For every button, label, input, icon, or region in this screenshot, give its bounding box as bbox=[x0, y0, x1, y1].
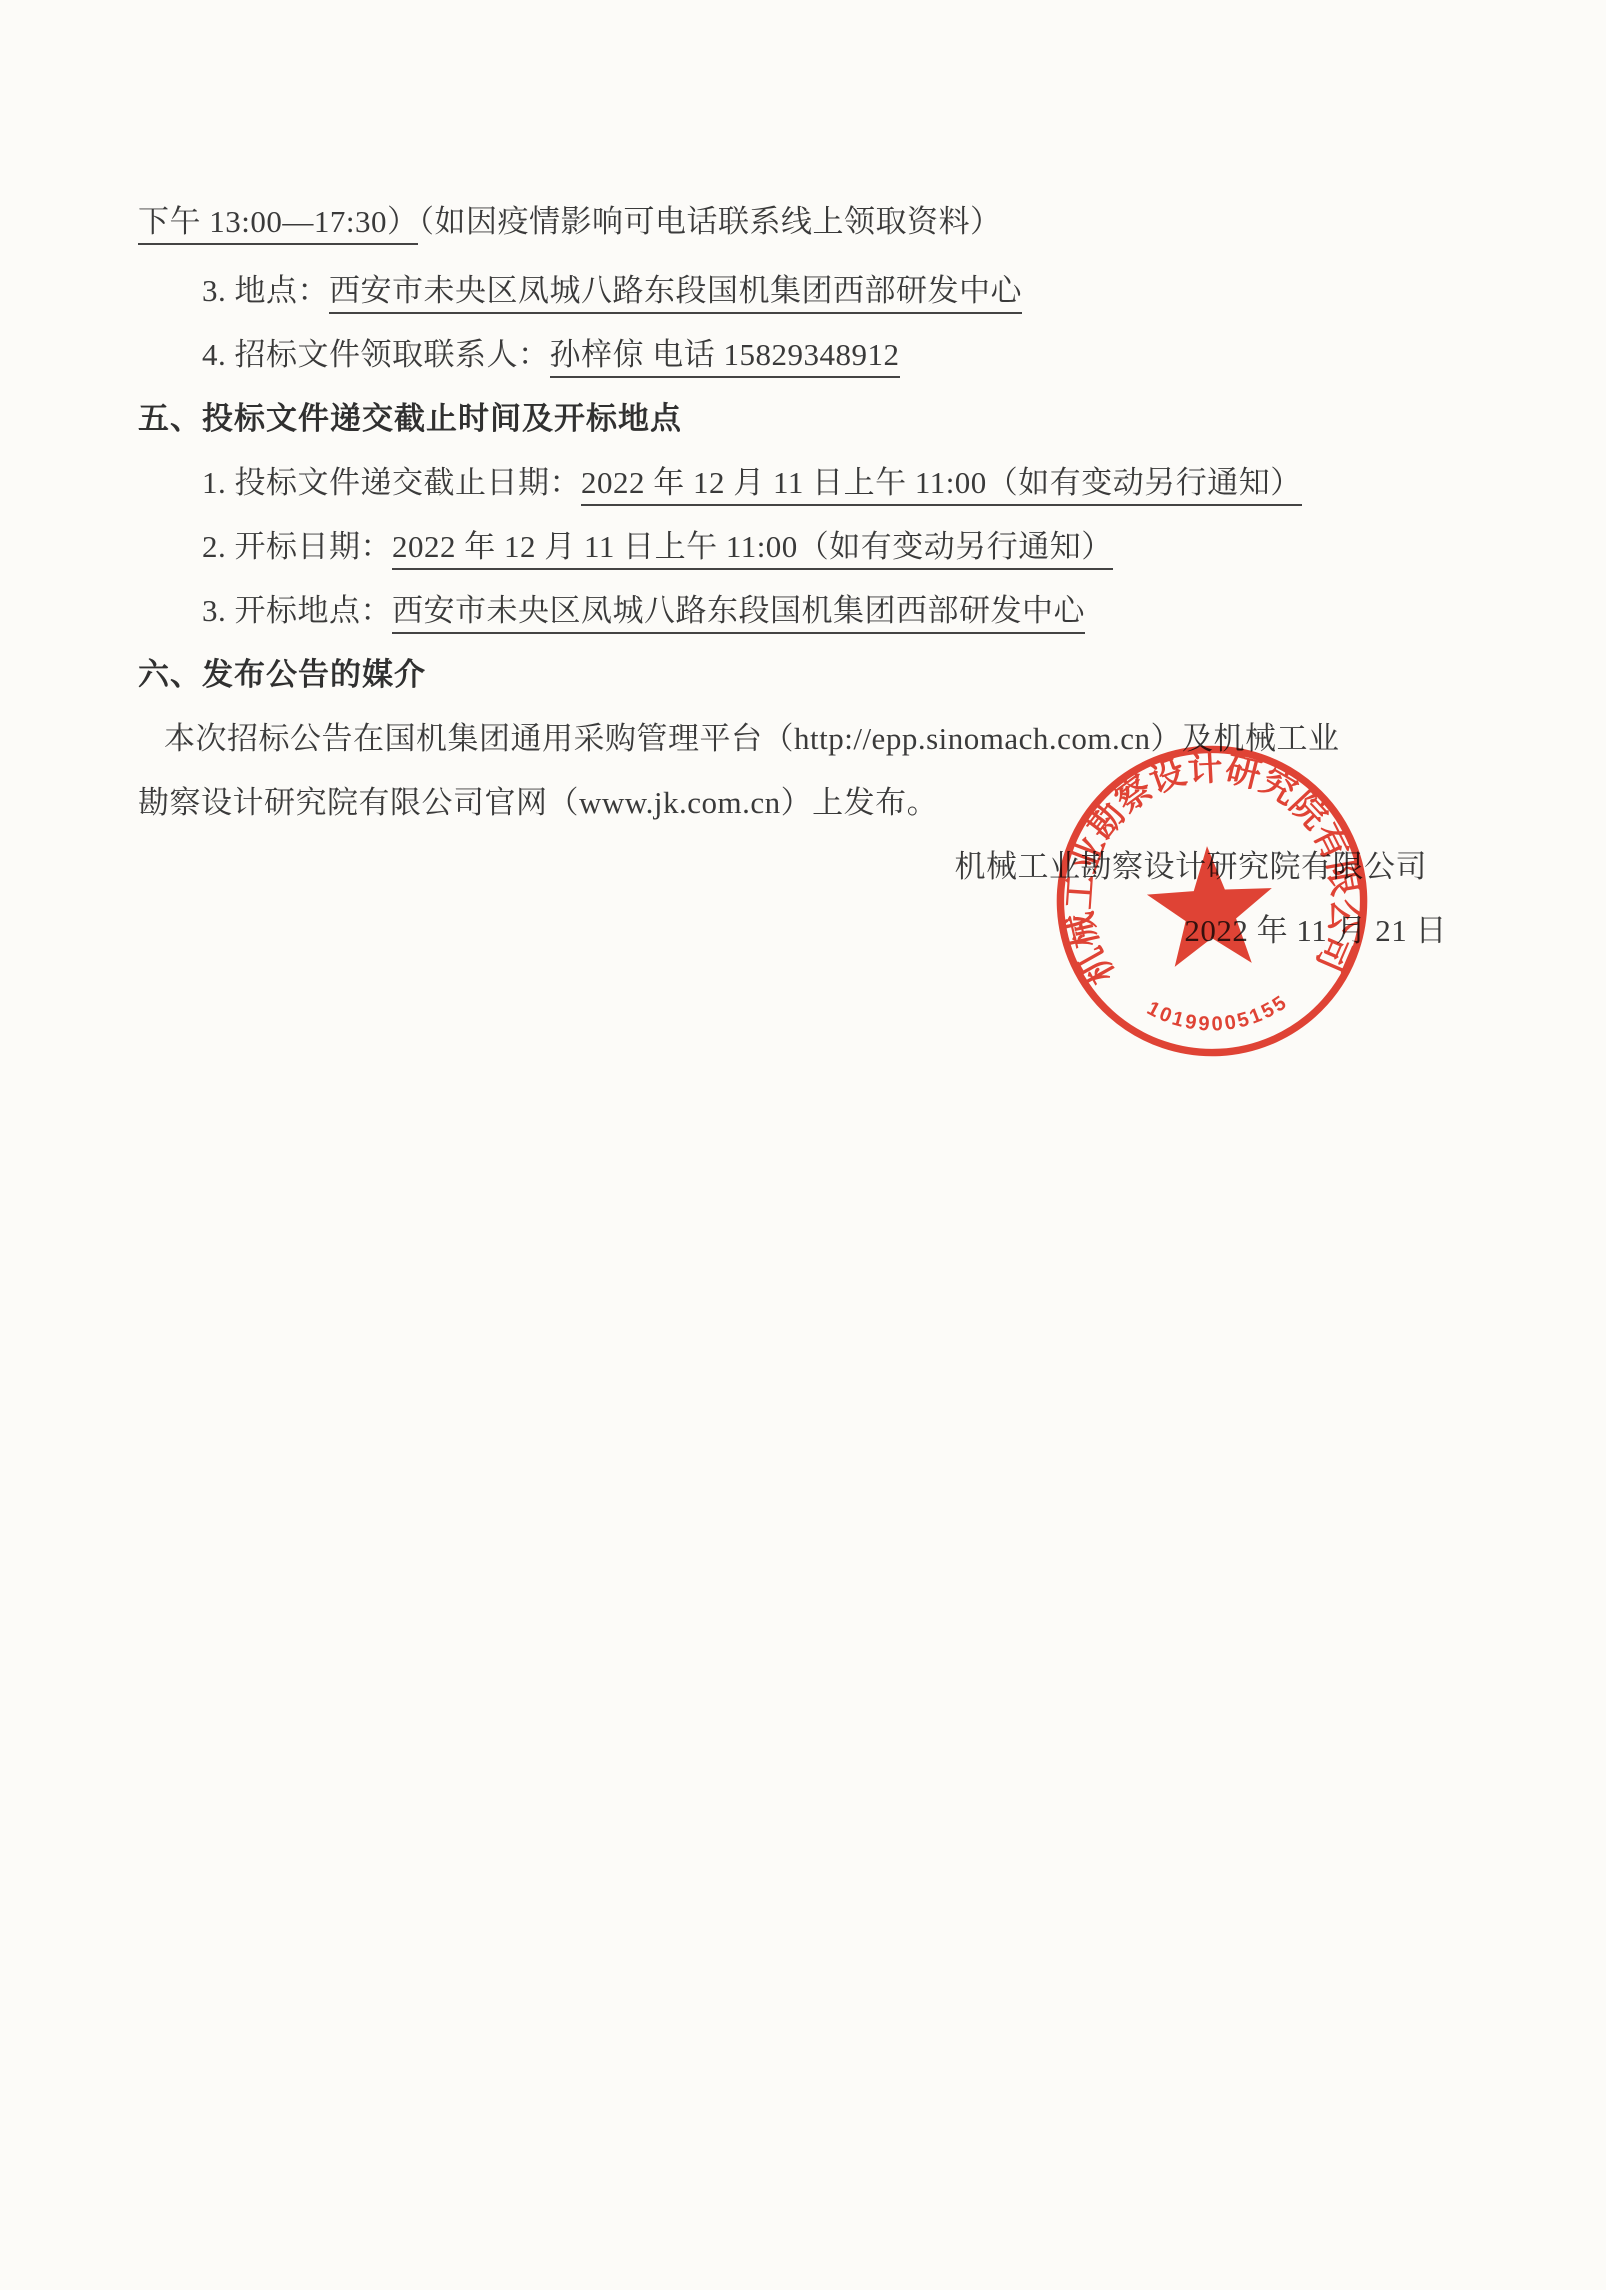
opening-place-value: 西安市未央区凤城八路东段国机集团西部研发中心 bbox=[392, 593, 1085, 634]
pickup-location-value: 西安市未央区凤城八路东段国机集团西部研发中心 bbox=[329, 273, 1022, 314]
opening-date-value: 2022 年 12 月 11 日上午 11:00（如有变动另行通知） bbox=[392, 529, 1113, 570]
pickup-contact-item: 4. 招标文件领取联系人：孙梓倞 电话 15829348912 bbox=[138, 339, 1506, 370]
seal-star-icon bbox=[1145, 843, 1276, 968]
bid-deadline-item: 1. 投标文件递交截止日期：2022 年 12 月 11 日上午 11:00（如… bbox=[138, 467, 1506, 498]
opening-date-label: 2. 开标日期： bbox=[202, 529, 392, 564]
opening-date-item: 2. 开标日期：2022 年 12 月 11 日上午 11:00（如有变动另行通… bbox=[138, 531, 1506, 562]
opening-place-item: 3. 开标地点：西安市未央区凤城八路东段国机集团西部研发中心 bbox=[138, 595, 1506, 626]
document-page: 下午 13:00—17:30）（如因疫情影响可电话联系线上领取资料） 3. 地点… bbox=[0, 0, 1606, 2290]
pickup-location-label: 3. 地点： bbox=[202, 273, 329, 308]
bid-deadline-label: 1. 投标文件递交截止日期： bbox=[202, 465, 581, 500]
pickup-contact-value: 孙梓倞 电话 15829348912 bbox=[550, 337, 900, 378]
pickup-time-continuation-line: 下午 13:00—17:30）（如因疫情影响可电话联系线上领取资料） bbox=[138, 206, 1506, 237]
bid-deadline-value: 2022 年 12 月 11 日上午 11:00（如有变动另行通知） bbox=[581, 465, 1302, 506]
company-seal-graphic: 机械工业勘察设计研究院有限公司 6101990051551 bbox=[1045, 734, 1379, 1068]
pickup-contact-label: 4. 招标文件领取联系人： bbox=[202, 337, 550, 372]
section5-heading: 五、投标文件递交截止时间及开标地点 bbox=[138, 403, 1506, 434]
pickup-location-item: 3. 地点：西安市未央区凤城八路东段国机集团西部研发中心 bbox=[138, 275, 1506, 306]
section6-heading: 六、发布公告的媒介 bbox=[138, 659, 1506, 690]
pickup-time-underlined: 下午 13:00—17:30） bbox=[138, 204, 418, 245]
pickup-time-note: （如因疫情影响可电话联系线上领取资料） bbox=[418, 204, 1001, 239]
opening-place-label: 3. 开标地点： bbox=[202, 593, 392, 628]
company-seal: 机械工业勘察设计研究院有限公司 6101990051551 bbox=[1045, 734, 1379, 1068]
